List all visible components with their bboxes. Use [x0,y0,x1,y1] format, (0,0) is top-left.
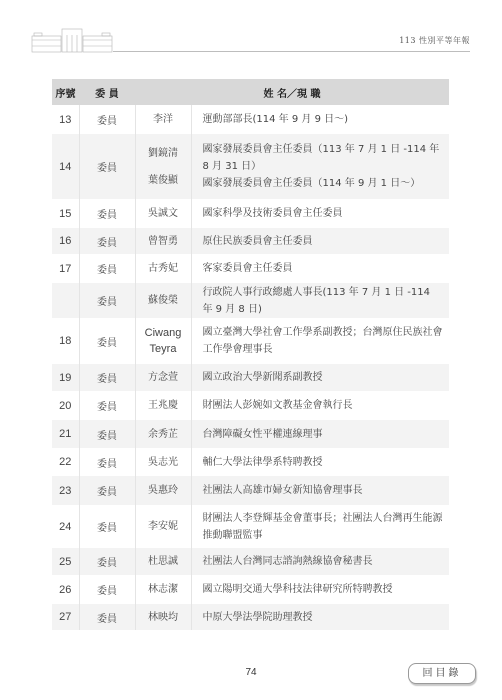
row-number: 22 [52,448,79,476]
row-role: 委員 [79,105,135,134]
row-number: 15 [52,199,79,228]
table-row: 16 委員 曾智勇 原住民族委員會主任委員 [52,228,449,254]
row-role: 委員 [79,364,135,391]
member-position: 國家科學及技術委員會主任委員 [191,199,449,228]
member-name: 曾智勇 [135,228,191,254]
member-position: 財團法人彭婉如文教基金會執行長 [191,391,449,420]
row-number: 20 [52,391,79,420]
row-number: 25 [52,548,79,575]
member-position: 國家發展委員會主任委員（113 年 7 月 1 日 -114 年 8 月 31 … [203,141,444,175]
building-logo-icon [31,27,113,53]
header-divider [113,51,470,52]
row-number: 18 [52,318,79,364]
member-name: 吳志光 [135,448,191,476]
row-number: 23 [52,476,79,505]
back-to-contents-button[interactable]: 回目錄 [408,663,476,684]
table-row: 20 委員 王兆慶 財團法人彭婉如文教基金會執行長 [52,391,449,420]
row-role: 委員 [79,505,135,548]
member-position: 財團法人李登輝基金會董事長；社團法人台灣再生能源推動聯盟監事 [191,505,449,548]
member-position: 輔仁大學法律學系特聘教授 [191,448,449,476]
row-role: 委員 [79,548,135,575]
member-name: 李安妮 [135,505,191,548]
member-name: 劉鏡清 [136,146,191,161]
member-position: 國家發展委員會主任委員（114 年 9 月 1 日～） [203,175,444,192]
row-role: 委員 [79,420,135,448]
row-number: 13 [52,105,79,134]
table-row: 17 委員 古秀妃 客家委員會主任委員 [52,254,449,283]
member-name-line: Teyra [136,341,191,357]
member-positions: 國家發展委員會主任委員（113 年 7 月 1 日 -114 年 8 月 31 … [191,134,449,199]
row-number: 19 [52,364,79,391]
column-header-name-position: 姓 名／現 職 [135,79,449,105]
member-position: 國立臺灣大學社會工作學系副教授；台灣原住民族社會工作學會理事長 [191,318,449,364]
member-name: 方念萱 [135,364,191,391]
member-position: 運動部部長(114 年 9 月 9 日～) [191,105,449,134]
row-number: 27 [52,604,79,630]
member-name: 王兆慶 [135,391,191,420]
member-names: Ciwang Teyra [135,318,191,364]
row-role: 委員 [79,448,135,476]
row-role: 委員 [79,575,135,604]
row-number: 14 [52,134,79,199]
member-name: 古秀妃 [135,254,191,283]
row-role: 委員 [79,228,135,254]
table-row: 13 委員 李洋 運動部部長(114 年 9 月 9 日～) [52,105,449,134]
member-position: 社團法人台灣同志諮詢熱線協會秘書長 [191,548,449,575]
member-name: 吳惠玲 [135,476,191,505]
row-role: 委員 [79,254,135,283]
row-role: 委員 [79,283,135,318]
table-row: 24 委員 李安妮 財團法人李登輝基金會董事長；社團法人台灣再生能源推動聯盟監事 [52,505,449,548]
page-header: 113 性別平等年報 [0,0,502,60]
spacer [136,161,191,173]
member-name: 吳誠文 [135,199,191,228]
table-row: 27 委員 林映均 中原大學法學院助理教授 [52,604,449,630]
table-row: 15 委員 吳誠文 國家科學及技術委員會主任委員 [52,199,449,228]
member-name: 余秀芷 [135,420,191,448]
table-row: 18 委員 Ciwang Teyra 國立臺灣大學社會工作學系副教授；台灣原住民… [52,318,449,364]
row-role: 委員 [79,134,135,199]
row-role: 委員 [79,604,135,630]
member-name: 葉俊顯 [136,173,191,188]
member-position: 原住民族委員會主任委員 [191,228,449,254]
row-number: 17 [52,254,79,283]
member-name: 杜思誠 [135,548,191,575]
member-position: 社團法人高雄市婦女新知協會理事長 [191,476,449,505]
table-row: 委員 蘇俊榮 行政院人事行政總處人事長(113 年 7 月 1 日 -114 年… [52,283,449,318]
column-header-no: 序號 [52,79,79,105]
member-position: 台灣障礙女性平權連線理事 [191,420,449,448]
row-number: 16 [52,228,79,254]
member-position: 國立陽明交通大學科技法律研究所特聘教授 [191,575,449,604]
row-role: 委員 [79,318,135,364]
member-position: 中原大學法學院助理教授 [191,604,449,630]
row-role: 委員 [79,391,135,420]
row-number: 26 [52,575,79,604]
report-title: 113 性別平等年報 [399,35,470,46]
table-row: 26 委員 林志潔 國立陽明交通大學科技法律研究所特聘教授 [52,575,449,604]
member-position: 國立政治大學新聞系副教授 [191,364,449,391]
row-role: 委員 [79,199,135,228]
row-number: 24 [52,505,79,548]
table-row: 21 委員 余秀芷 台灣障礙女性平權連線理事 [52,420,449,448]
member-name-line: Ciwang [136,325,191,341]
table-row: 19 委員 方念萱 國立政治大學新聞系副教授 [52,364,449,391]
member-name: 林映均 [135,604,191,630]
table-header-row: 序號 委 員 姓 名／現 職 [52,79,449,105]
table-row: 22 委員 吳志光 輔仁大學法律學系特聘教授 [52,448,449,476]
column-header-role: 委 員 [79,79,135,105]
table-row: 14 委員 劉鏡清 葉俊顯 國家發展委員會主任委員（113 年 7 月 1 日 … [52,134,449,199]
row-number [52,283,79,318]
table-row: 23 委員 吳惠玲 社團法人高雄市婦女新知協會理事長 [52,476,449,505]
member-names: 劉鏡清 葉俊顯 [135,134,191,199]
member-name: 蘇俊榮 [135,283,191,318]
row-role: 委員 [79,476,135,505]
table-row: 25 委員 杜思誠 社團法人台灣同志諮詢熱線協會秘書長 [52,548,449,575]
committee-members-table: 序號 委 員 姓 名／現 職 13 委員 李洋 運動部部長(114 年 9 月 … [52,79,449,630]
member-position: 客家委員會主任委員 [191,254,449,283]
member-name: 林志潔 [135,575,191,604]
member-name: 李洋 [135,105,191,134]
member-position: 行政院人事行政總處人事長(113 年 7 月 1 日 -114 年 9 月 8 … [191,283,449,318]
row-number: 21 [52,420,79,448]
